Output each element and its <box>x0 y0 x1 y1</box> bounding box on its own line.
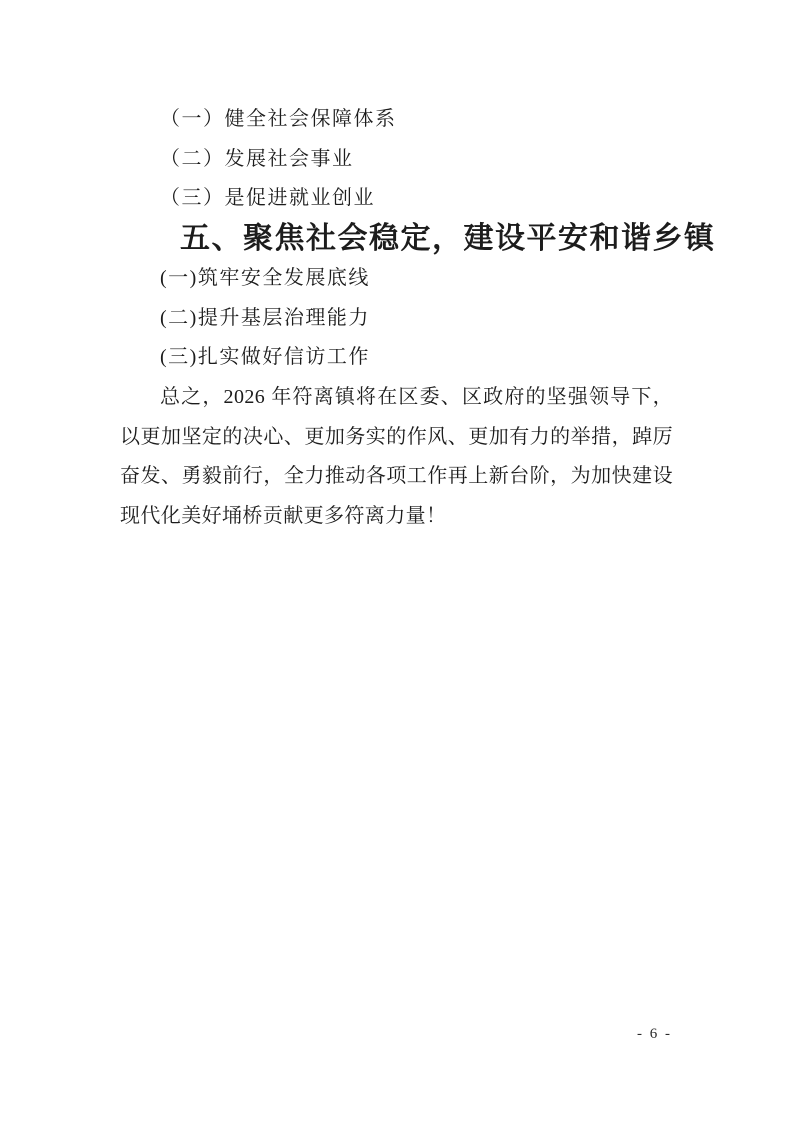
subsection-item-1: （一）健全社会保障体系 <box>120 100 673 140</box>
closing-paragraph: 总之，2026 年符离镇将在区委、区政府的坚强领导下，以更加坚定的决心、更加务实… <box>120 378 673 537</box>
document-body: （一）健全社会保障体系 （二）发展社会事业 （三）是促进就业创业 五、聚焦社会稳… <box>120 100 673 537</box>
subsection-item-3: （三）是促进就业创业 <box>120 179 673 219</box>
document-page: （一）健全社会保障体系 （二）发展社会事业 （三）是促进就业创业 五、聚焦社会稳… <box>0 0 793 1122</box>
subsection-item-4: (一)筑牢安全发展底线 <box>120 259 673 299</box>
section-heading: 五、聚焦社会稳定，建设平安和谐乡镇 <box>120 219 673 259</box>
subsection-item-6: (三)扎实做好信访工作 <box>120 338 673 378</box>
subsection-item-5: (二)提升基层治理能力 <box>120 299 673 339</box>
subsection-item-2: （二）发展社会事业 <box>120 140 673 180</box>
page-number: - 6 - <box>637 1026 672 1043</box>
